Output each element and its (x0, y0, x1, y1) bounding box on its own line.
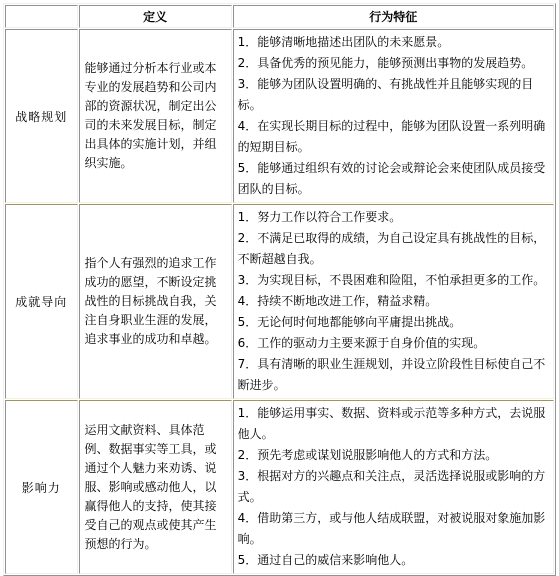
behavior-item: 4．在实现长期目标的过程中，能够为团队设置一系列明确的短期目标。 (238, 116, 549, 158)
row-label: 成就导向 (5, 204, 78, 399)
behavior-item: 4．持续不断地改进工作，精益求精。 (238, 291, 549, 312)
row-label: 战略规划 (5, 29, 78, 203)
page: 定义 行为特征 战略规划 能够通过分析本行业或本专业的发展趋势和公司内部的资源状… (0, 0, 559, 551)
behaviors-cell: 1．努力工作以符合工作要求。 2．不满足已取得的成绩，为自己设定具有挑战性的目标… (233, 204, 554, 399)
header-cell-behaviors: 行为特征 (233, 5, 554, 28)
behavior-item: 2．预先考虑或谋划说服影响他人的方式和方法。 (238, 445, 549, 466)
table-row-achievement-orientation: 成就导向 指个人有强烈的追求工作成功的愿望，不断设定挑战性的目标挑战自我，关注自… (5, 204, 554, 399)
behavior-item: 1．能够运用事实、数据、资料或示范等多种方式，去说服他人。 (238, 403, 549, 445)
behavior-item: 5．能够通过组织有效的讨论会或辩论会来使团队成员接受团队的目标。 (238, 158, 549, 200)
behaviors-cell: 1．能够运用事实、数据、资料或示范等多种方式，去说服他人。 2．预先考虑或谋划说… (233, 400, 554, 574)
behavior-item: 3．能够为团队设置明确的、有挑战性并且能够实现的目标。 (238, 74, 549, 116)
behavior-item: 2．具备优秀的预见能力，能够预测出事物的发展趋势。 (238, 53, 549, 74)
definition-cell: 运用文献资料、具体范例、数据事实等工具，或通过个人魅力来劝诱、说服、影响或感动他… (79, 400, 232, 574)
behavior-item: 4．借助第三方，或与他人结成联盟，对被说服对象施加影响。 (238, 508, 549, 550)
behavior-item: 3．根据对方的兴趣点和关注点，灵活选择说服或影响的方式。 (238, 466, 549, 508)
behaviors-cell: 1．能够清晰地描述出团队的未来愿景。 2．具备优秀的预见能力，能够预测出事物的发… (233, 29, 554, 203)
behavior-item: 7．具有清晰的职业生涯规划，并设立阶段性目标使自己不断进步。 (238, 354, 549, 396)
header-cell-empty (5, 5, 78, 28)
table-row-influence: 影响力 运用文献资料、具体范例、数据事实等工具，或通过个人魅力来劝诱、说服、影响… (5, 400, 554, 574)
behavior-item: 5．无论何时何地都能够向平庸提出挑战。 (238, 312, 549, 333)
row-label: 影响力 (5, 400, 78, 574)
behavior-item: 1．能够清晰地描述出团队的未来愿景。 (238, 32, 549, 53)
table-row-strategic-planning: 战略规划 能够通过分析本行业或本专业的发展趋势和公司内部的资源状况，制定出公司的… (5, 29, 554, 203)
behavior-item: 5．通过自己的威信来影响他人。 (238, 550, 549, 571)
behavior-item: 2．不满足已取得的成绩，为自己设定具有挑战性的目标，不断超越自我。 (238, 228, 549, 270)
behavior-item: 3．为实现目标，不畏困难和险阻，不怕承担更多的工作。 (238, 270, 549, 291)
behavior-item: 1．努力工作以符合工作要求。 (238, 207, 549, 228)
definition-cell: 指个人有强烈的追求工作成功的愿望，不断设定挑战性的目标挑战自我，关注自身职业生涯… (79, 204, 232, 399)
definition-cell: 能够通过分析本行业或本专业的发展趋势和公司内部的资源状况，制定出公司的未来发展目… (79, 29, 232, 203)
competency-table: 定义 行为特征 战略规划 能够通过分析本行业或本专业的发展趋势和公司内部的资源状… (3, 3, 556, 576)
behavior-item: 6．工作的驱动力主要来源于自身价值的实现。 (238, 333, 549, 354)
header-row: 定义 行为特征 (5, 5, 554, 28)
header-cell-definition: 定义 (79, 5, 232, 28)
